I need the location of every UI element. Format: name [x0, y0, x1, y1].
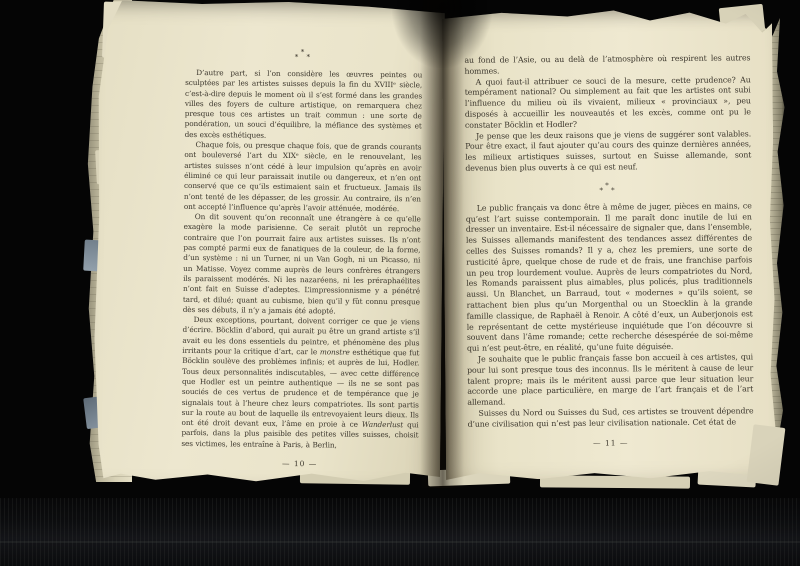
torn-page-edge: [747, 424, 786, 485]
right-page: au fond de l’Asie, ou au delà de l’atmos…: [442, 9, 776, 480]
page-number: — 11 —: [468, 437, 754, 450]
italic-word: Wanderlust: [362, 420, 403, 429]
asterism-row: * *: [466, 187, 752, 194]
book-cover-bottom: [0, 498, 800, 566]
paragraph: On dit souvent qu’on reconnaît une étran…: [183, 212, 421, 317]
paragraph: Le public français va donc être à même d…: [466, 201, 753, 355]
paragraph: Chaque fois, ou presque chaque fois, que…: [184, 140, 422, 215]
paragraph: A quoi faut-il attribuer ce souci de la …: [465, 75, 751, 131]
left-page: * * * D’autre part, si l’on considère le…: [93, 0, 445, 487]
paragraph: au fond de l’Asie, ou au delà de l’atmos…: [464, 53, 750, 77]
page-number: — 10 —: [181, 458, 418, 471]
book-photograph: * * * D’autre part, si l’on considère le…: [0, 0, 800, 566]
italic-word: monstre: [320, 347, 350, 356]
asterism: * * *: [466, 182, 752, 194]
asterism: * * *: [185, 49, 422, 61]
asterism-row: * *: [185, 54, 422, 61]
right-page-text-column: au fond de l’Asie, ou au delà de l’atmos…: [464, 53, 753, 450]
paragraph: Je pense que les deux raisons que je vie…: [465, 129, 751, 175]
paragraph: D’autre part, si l’on considère les œuvr…: [185, 68, 423, 143]
torn-page-edge: [540, 475, 690, 488]
left-page-text-column: * * * D’autre part, si l’on considère le…: [181, 49, 422, 471]
paragraph: Je souhaite que le public français fasse…: [467, 352, 753, 408]
paragraph-text: esthétique que fut Böcklin soulève des p…: [182, 348, 420, 429]
paragraph: Suisses du Nord ou Suisses du Sud, ces a…: [467, 406, 753, 430]
cover-seam: [0, 541, 800, 543]
paragraph: Deux exceptions, pourtant, doivent corri…: [181, 315, 419, 451]
